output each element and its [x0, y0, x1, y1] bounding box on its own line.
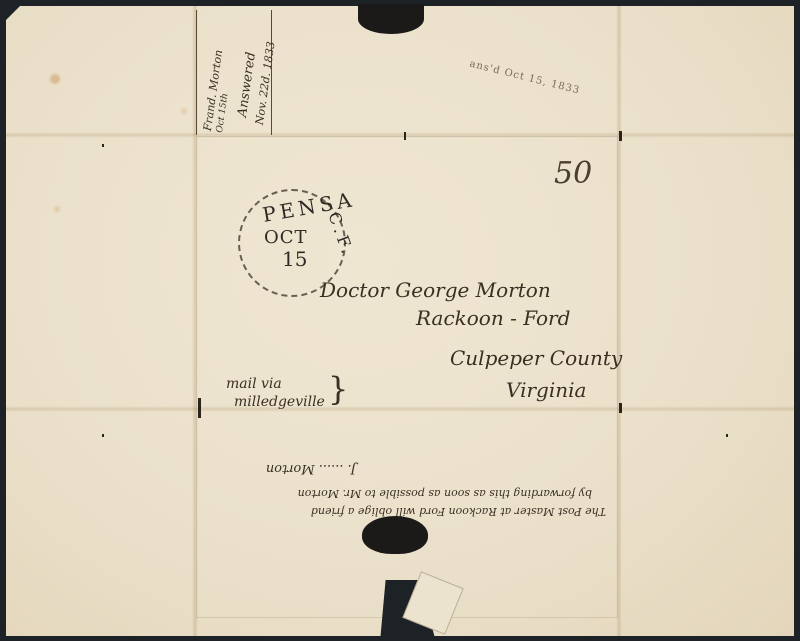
torn-corner	[6, 6, 20, 20]
postmark-month: OCT	[264, 227, 308, 248]
pin-mark	[404, 132, 406, 140]
pin-mark	[726, 434, 728, 437]
stain	[181, 108, 187, 114]
pin-mark	[102, 434, 104, 437]
address-line-2: Rackoon - Ford	[416, 306, 570, 330]
postage-rate: 50	[554, 156, 592, 191]
docket-box: Frand. Morton Oct 15th Answered Nov. 22d…	[196, 10, 272, 135]
pin-mark	[619, 403, 622, 413]
routing-line-1: mail via	[226, 376, 282, 392]
stain	[54, 206, 60, 212]
postmark-day: 15	[282, 247, 307, 271]
stain	[50, 74, 60, 84]
address-line-3: Culpeper County	[450, 346, 622, 370]
forwarding-line-1: The Post Master at Rackoon Ford will obl…	[311, 505, 606, 518]
routing-line-2: milledgeville	[234, 394, 325, 410]
pin-mark	[619, 131, 622, 141]
faint-notation: ans'd Oct 15, 1833	[468, 58, 581, 96]
address-line-1: Doctor George Morton	[320, 278, 551, 302]
address-line-4: Virginia	[506, 378, 586, 402]
forwarding-note: The Post Master at Rackoon Ford will obl…	[206, 446, 606, 526]
wax-seal-top	[358, 4, 424, 34]
signature: J. ...... Morton	[266, 461, 356, 476]
routing-brace: }	[328, 370, 348, 408]
pin-mark	[102, 144, 104, 147]
letter-sheet: Frand. Morton Oct 15th Answered Nov. 22d…	[6, 6, 794, 636]
pin-mark	[198, 398, 201, 418]
forwarding-line-2: by forwarding this as soon as possible t…	[298, 487, 592, 500]
